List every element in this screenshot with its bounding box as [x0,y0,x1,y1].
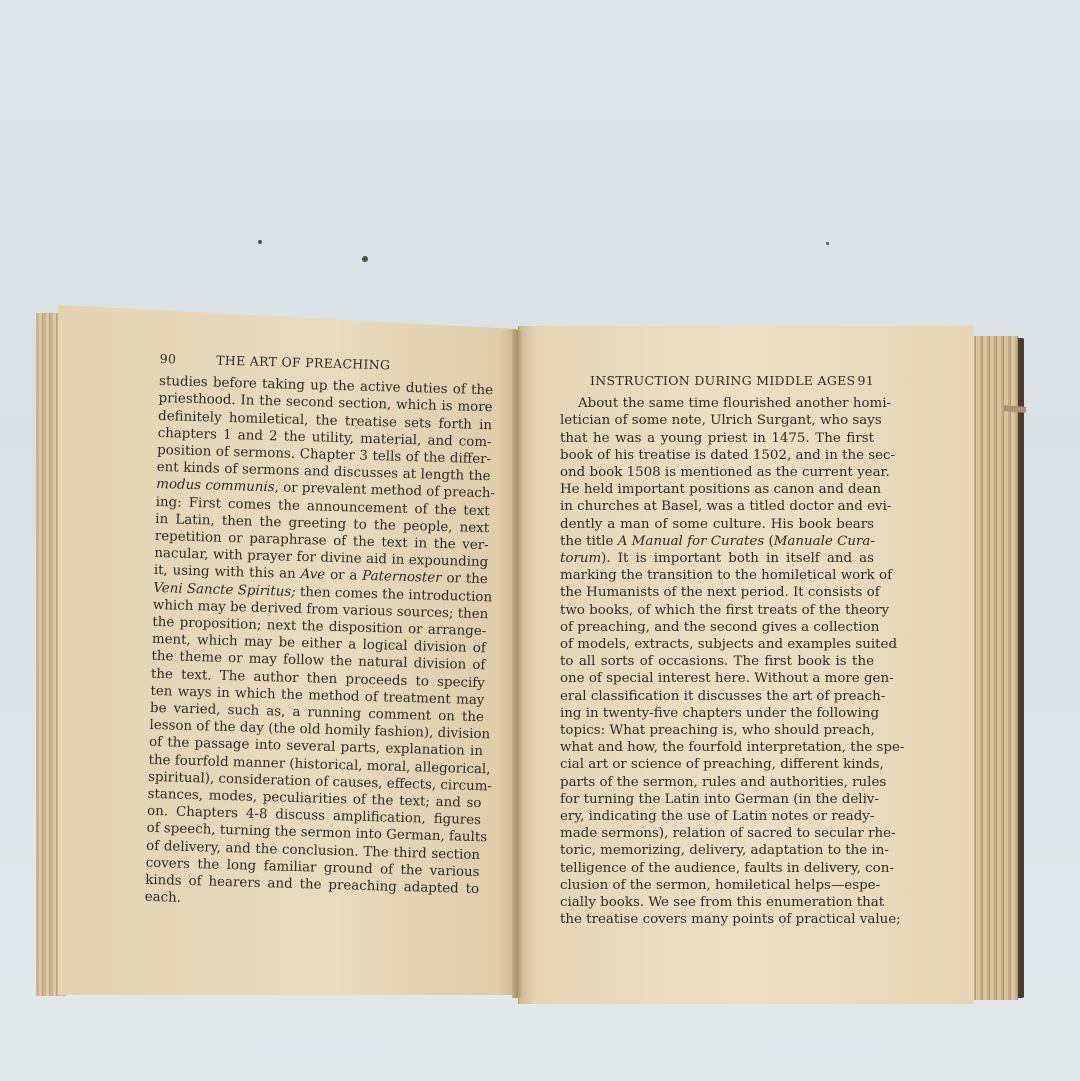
right-page-number: 91 [857,372,874,389]
text-line: the title A Manual for Curates (Manuale … [560,533,874,550]
text-line: what and how, the fourfold interpretatio… [560,739,874,756]
text-line: the treatise covers many points of pract… [560,911,874,928]
text-line: ery, indicating the use of Latin notes o… [560,808,874,825]
text-line: ond book 1508 is mentioned as the curren… [560,464,874,481]
text-line: telligence of the audience, faults in de… [560,860,874,877]
text-line: cially books. We see from this enumerati… [560,894,874,911]
open-book-photo: 90 THE ART OF PREACHING studies before t… [0,0,1080,1081]
text-line: made sermons), relation of sacred to sec… [560,825,874,842]
right-running-title: INSTRUCTION DURING MIDDLE AGES [590,372,855,389]
text-line: toric, memorizing, delivery, adaptation … [560,842,874,859]
text-line: letician of some note, Ulrich Surgant, w… [560,412,874,429]
text-line: topics: What preaching is, who should pr… [560,722,874,739]
text-line: in churches at Basel, was a titled docto… [560,498,874,515]
text-line: book of his treatise is dated 1502, and … [560,447,874,464]
text-line: dently a man of some culture. His book b… [560,516,874,533]
text-line: marking the transition to the homiletica… [560,567,874,584]
text-line: torum). It is important both in itself a… [560,550,874,567]
text-line: two books, of which the first treats of … [560,602,874,619]
text-line: eral classification it discusses the art… [560,688,874,705]
text-line: one of special interest here. Without a … [560,670,874,687]
dust-speck [826,242,829,245]
text-line: the Humanists of the next period. It con… [560,584,874,601]
dust-speck [258,240,262,244]
text-line: for turning the Latin into German (in th… [560,791,874,808]
text-line: cial art or science of preaching, differ… [560,756,874,773]
text-line: that he was a young priest in 1475. The … [560,430,874,447]
left-page-number: 90 [160,350,177,368]
left-running-title: THE ART OF PREACHING [216,352,390,374]
left-page-text: 90 THE ART OF PREACHING studies before t… [144,350,493,916]
book-gutter [512,330,522,998]
right-body: About the same time flourished another h… [560,395,874,928]
text-line: He held important positions as canon and… [560,481,874,498]
right-running-head: INSTRUCTION DURING MIDDLE AGES 91 [560,372,874,389]
text-line: of models, extracts, subjects and exampl… [560,636,874,653]
right-page-text: INSTRUCTION DURING MIDDLE AGES 91 About … [560,372,874,929]
text-line: to all sorts of occasions. The first boo… [560,653,874,670]
text-line: clusion of the sermon, homiletical helps… [560,877,874,894]
left-body: studies before taking up the active duti… [144,373,493,915]
text-line: About the same time flourished another h… [560,395,874,412]
text-line: parts of the sermon, rules and authoriti… [560,774,874,791]
text-line: ing in twenty-five chapters under the fo… [560,705,874,722]
dust-speck [362,256,368,262]
text-line: of preaching, and the second gives a col… [560,619,874,636]
